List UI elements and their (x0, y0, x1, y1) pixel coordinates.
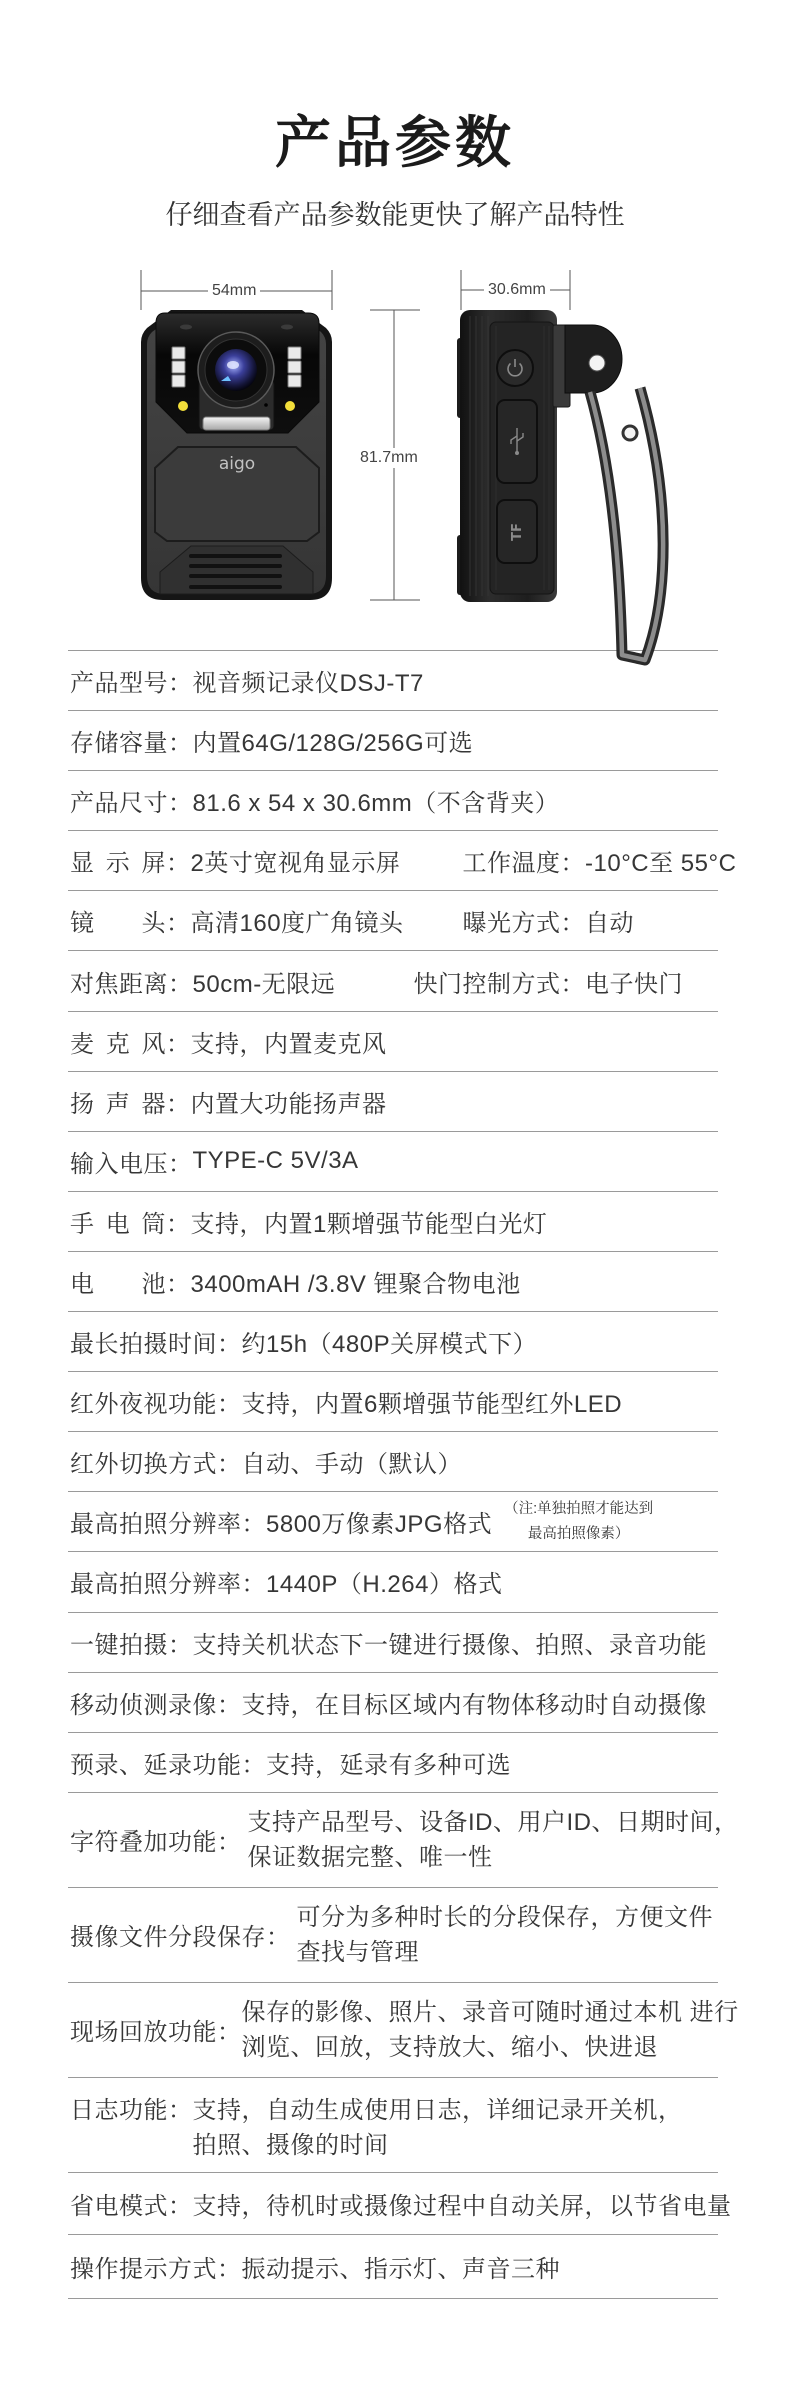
label-separator: ： (217, 2249, 242, 2284)
value-line: 浏览、回放，支持放大、缩小、快进退 (242, 2030, 739, 2065)
label-separator: ： (217, 1324, 242, 1359)
spec-label: 电 池 (70, 1264, 166, 1299)
product-spec-page: 产品参数 仔细查看产品参数能更快了解产品特性 54mm 30.6mm 81.7m… (0, 0, 790, 2390)
spec-value: 5800万像素JPG格式 (266, 1504, 492, 1539)
label-separator: ： (166, 1024, 191, 1059)
label-separator: ： (168, 2093, 193, 2128)
spec-value-secondary: 电子快门 (585, 964, 683, 999)
spec-row-pre-post-record: 预录、延录功能：支持，延录有多种可选 (68, 1733, 718, 1793)
spec-row-log: 日志功能： 支持，自动生成使用日志，详细记录开关机， 拍照、摄像的时间 (68, 2078, 718, 2173)
spec-value: TYPE-C 5V/3A (193, 1147, 359, 1175)
value-line: 支持，自动生成使用日志，详细记录开关机， (193, 2093, 683, 2128)
spec-label: 一键拍摄 (70, 1625, 168, 1660)
label-separator: ： (242, 1745, 267, 1780)
spec-footnote: （注:单独拍照才能达到 最高拍照像素） (504, 1497, 653, 1547)
spec-row-osd-overlay: 字符叠加功能： 支持产品型号、设备ID、用户ID、日期时间， 保证数据完整、唯一… (68, 1793, 718, 1888)
spec-value: 81.6 x 54 x 30.6mm（不含背夹） (193, 783, 560, 818)
spec-table: 产品型号：视音频记录仪DSJ-T7 存储容量：内置64G/128G/256G可选… (68, 650, 718, 2299)
spec-label: 镜 头 (70, 903, 166, 938)
depth-dimension-label: 30.6mm (484, 280, 550, 300)
spec-row-playback: 现场回放功能： 保存的影像、照片、录音可随时通过本机 进行 浏览、回放，支持放大… (68, 1983, 718, 2078)
label-separator: ： (166, 1084, 191, 1119)
spec-row-focus: 对焦距离：50cm-无限远 快门控制方式： 电子快门 (68, 951, 718, 1011)
spec-row-ir-night-vision: 红外夜视功能：支持，内置6颗增强节能型红外LED (68, 1372, 718, 1432)
spec-value: 可分为多种时长的分段保存，方便文件 查找与管理 (297, 1900, 714, 1970)
label-separator: ： (561, 964, 586, 999)
spec-label: 对焦距离 (70, 964, 168, 999)
value-line: 可分为多种时长的分段保存，方便文件 (297, 1900, 714, 1935)
spec-row-one-key-capture: 一键拍摄：支持关机状态下一键进行摄像、拍照、录音功能 (68, 1613, 718, 1673)
spec-row-operation-prompt: 操作提示方式：振动提示、指示灯、声音三种 (68, 2235, 718, 2299)
spec-value: 3400mAH /3.8V 锂聚合物电池 (191, 1264, 521, 1299)
spec-row-size: 产品尺寸：81.6 x 54 x 30.6mm（不含背夹） (68, 771, 718, 831)
spec-label: 摄像文件分段保存 (70, 1917, 266, 1952)
label-separator: ： (242, 1564, 267, 1599)
height-dimension-label: 81.7mm (356, 448, 422, 468)
spec-row-file-segment: 摄像文件分段保存： 可分为多种时长的分段保存，方便文件 查找与管理 (68, 1888, 718, 1983)
spec-value: 支持，内置麦克风 (191, 1024, 387, 1059)
spec-row-recording-time: 最长拍摄时间：约15h（480P关屏模式下） (68, 1312, 718, 1372)
label-separator: ： (166, 1204, 191, 1239)
spec-row-lens: 镜 头：高清160度广角镜头 曝光方式： 自动 (68, 891, 718, 951)
spec-value: 内置64G/128G/256G可选 (193, 723, 474, 758)
spec-row-speaker: 扬 声 器：内置大功能扬声器 (68, 1072, 718, 1132)
spec-value: 50cm-无限远 (193, 964, 336, 999)
label-separator: ： (166, 1264, 191, 1299)
spec-label: 最高拍照分辨率 (70, 1504, 242, 1539)
brand-logo: aigo (219, 454, 255, 474)
spec-row-display: 显 示 屏：2英寸宽视角显示屏 工作温度： -10°C至 55°C (68, 831, 718, 891)
spec-row-battery: 电 池：3400mAH /3.8V 锂聚合物电池 (68, 1252, 718, 1312)
spec-label: 存储容量 (70, 723, 168, 758)
label-separator: ： (266, 1917, 291, 1952)
spec-row-photo-resolution: 最高拍照分辨率：5800万像素JPG格式 （注:单独拍照才能达到 最高拍照像素） (68, 1492, 718, 1552)
spec-label: 扬 声 器 (70, 1084, 166, 1119)
value-line: 查找与管理 (297, 1935, 714, 1970)
spec-label: 输入电压 (70, 1144, 168, 1179)
spec-value: 支持，在目标区域内有物体移动时自动摄像 (242, 1685, 708, 1720)
spec-value: 支持，内置1颗增强节能型白光灯 (191, 1204, 548, 1239)
spec-value: 内置大功能扬声器 (191, 1084, 387, 1119)
spec-label: 产品尺寸 (70, 783, 168, 818)
label-separator: ： (168, 723, 193, 758)
label-separator: ： (166, 843, 191, 878)
spec-value: 自动、手动（默认） (242, 1444, 463, 1479)
spec-label: 最高拍照分辨率 (70, 1564, 242, 1599)
value-line: 支持产品型号、设备ID、用户ID、日期时间， (248, 1805, 739, 1840)
spec-value: 支持，延录有多种可选 (266, 1745, 511, 1780)
spec-row-motion-detection: 移动侦测录像：支持，在目标区域内有物体移动时自动摄像 (68, 1673, 718, 1733)
spec-label: 移动侦测录像 (70, 1685, 217, 1720)
label-separator: ： (217, 1444, 242, 1479)
spec-label: 预录、延录功能 (70, 1745, 242, 1780)
spec-value: 2英寸宽视角显示屏 (191, 843, 401, 878)
spec-row-video-resolution: 最高拍照分辨率：1440P（H.264）格式 (68, 1552, 718, 1612)
spec-row-storage: 存储容量：内置64G/128G/256G可选 (68, 711, 718, 771)
footnote-line: （注:单独拍照才能达到 (504, 1497, 653, 1522)
card-slot-label: TF (510, 523, 525, 541)
label-separator: ： (242, 1504, 267, 1539)
spec-row-ir-switch: 红外切换方式：自动、手动（默认） (68, 1432, 718, 1492)
label-separator: ： (168, 2186, 193, 2221)
label-separator: ： (168, 783, 193, 818)
spec-label: 现场回放功能 (70, 2012, 217, 2047)
spec-label: 显 示 屏 (70, 843, 166, 878)
value-line: 保证数据完整、唯一性 (248, 1840, 739, 1875)
spec-label: 手 电 筒 (70, 1204, 166, 1239)
label-separator: ： (217, 2012, 242, 2047)
spec-value: 支持，待机时或摄像过程中自动关屏，以节省电量 (193, 2186, 732, 2221)
spec-value: 支持关机状态下一键进行摄像、拍照、录音功能 (193, 1625, 708, 1660)
spec-label: 字符叠加功能 (70, 1822, 217, 1857)
spec-label: 省电模式 (70, 2186, 168, 2221)
width-dimension-label: 54mm (208, 281, 260, 301)
spec-label-secondary: 曝光方式 (463, 903, 561, 938)
camera-side-view-image: TF (440, 300, 680, 670)
spec-label: 最长拍摄时间 (70, 1324, 217, 1359)
spec-label-secondary: 工作温度 (463, 843, 561, 878)
spec-value: 支持，内置6颗增强节能型红外LED (242, 1384, 623, 1419)
power-button-icon (497, 350, 533, 386)
label-separator: ： (168, 964, 193, 999)
camera-front-view-image: aigo (141, 310, 332, 600)
spec-label: 日志功能 (70, 2093, 168, 2128)
spec-row-flashlight: 手 电 筒：支持，内置1颗增强节能型白光灯 (68, 1192, 718, 1252)
spec-value: 保存的影像、照片、录音可随时通过本机 进行 浏览、回放，支持放大、缩小、快进退 (242, 1995, 739, 2065)
label-separator: ： (168, 1625, 193, 1660)
value-line: 拍照、摄像的时间 (193, 2128, 683, 2163)
label-separator: ： (217, 1384, 242, 1419)
footnote-line: 最高拍照像素） (528, 1522, 630, 1547)
spec-label-secondary: 快门控制方式 (414, 964, 561, 999)
value-line: 保存的影像、照片、录音可随时通过本机 进行 (242, 1995, 739, 2030)
label-separator: ： (561, 843, 586, 878)
label-separator: ： (166, 903, 191, 938)
spec-row-microphone: 麦 克 风：支持，内置麦克风 (68, 1012, 718, 1072)
spec-value: 支持产品型号、设备ID、用户ID、日期时间， 保证数据完整、唯一性 (248, 1805, 739, 1875)
spec-value-secondary: -10°C至 55°C (585, 843, 736, 878)
spec-value: 高清160度广角镜头 (191, 903, 404, 938)
spec-label: 麦 克 风 (70, 1024, 166, 1059)
spec-value: 1440P（H.264）格式 (266, 1564, 502, 1599)
spec-label: 红外切换方式 (70, 1444, 217, 1479)
label-separator: ： (168, 1144, 193, 1179)
spec-value-secondary: 自动 (585, 903, 634, 938)
label-separator: ： (561, 903, 586, 938)
spec-value: 约15h（480P关屏模式下） (242, 1324, 538, 1359)
spec-label: 操作提示方式 (70, 2249, 217, 2284)
spec-value: 振动提示、指示灯、声音三种 (242, 2249, 561, 2284)
label-separator: ： (217, 1822, 242, 1857)
spec-label: 红外夜视功能 (70, 1384, 217, 1419)
spec-value: 支持，自动生成使用日志，详细记录开关机， 拍照、摄像的时间 (193, 2093, 683, 2163)
label-separator: ： (217, 1685, 242, 1720)
spec-row-power-saving: 省电模式：支持，待机时或摄像过程中自动关屏，以节省电量 (68, 2173, 718, 2235)
spec-row-input-voltage: 输入电压：TYPE-C 5V/3A (68, 1132, 718, 1192)
